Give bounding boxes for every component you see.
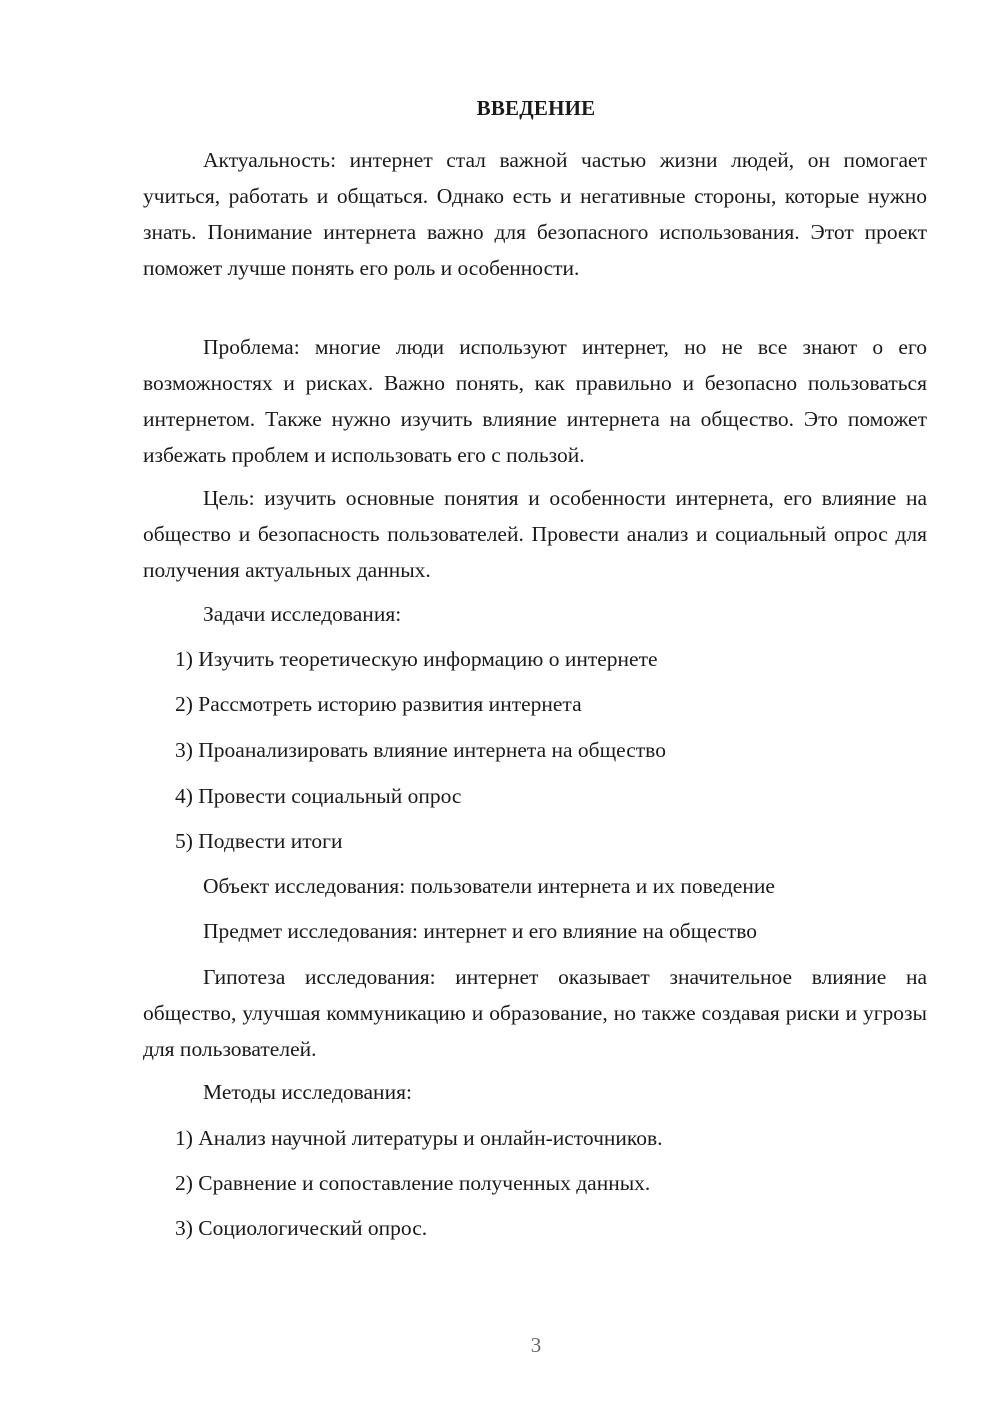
research-object: Объект исследования: пользователи интерн… [203,868,775,904]
tasks-title: Задачи исследования: [203,596,401,632]
task-item: 1) Изучить теоретическую информацию о ин… [175,641,658,677]
paragraph-problem: Проблема: многие люди используют интерне… [143,329,927,473]
document-page: ВВЕДЕНИЕ Актуальность: интернет стал важ… [0,0,1000,1414]
research-subject: Предмет исследования: интернет и его вли… [203,913,757,949]
method-item: 3) Социологический опрос. [175,1210,427,1246]
task-item: 2) Рассмотреть историю развития интернет… [175,686,582,722]
method-item: 2) Сравнение и сопоставление полученных … [175,1165,650,1201]
task-item: 5) Подвести итоги [175,823,343,859]
method-item: 1) Анализ научной литературы и онлайн-ис… [175,1120,663,1156]
paragraph-relevance: Актуальность: интернет стал важной часть… [143,142,927,286]
paragraph-goal: Цель: изучить основные понятия и особенн… [143,480,927,588]
page-number: 3 [0,1333,1000,1358]
task-item: 4) Провести социальный опрос [175,778,461,814]
paragraph-hypothesis: Гипотеза исследования: интернет оказывае… [143,959,927,1067]
section-heading: ВВЕДЕНИЕ [0,96,1000,121]
task-item: 3) Проанализировать влияние интернета на… [175,732,666,768]
methods-title: Методы исследования: [203,1074,412,1110]
